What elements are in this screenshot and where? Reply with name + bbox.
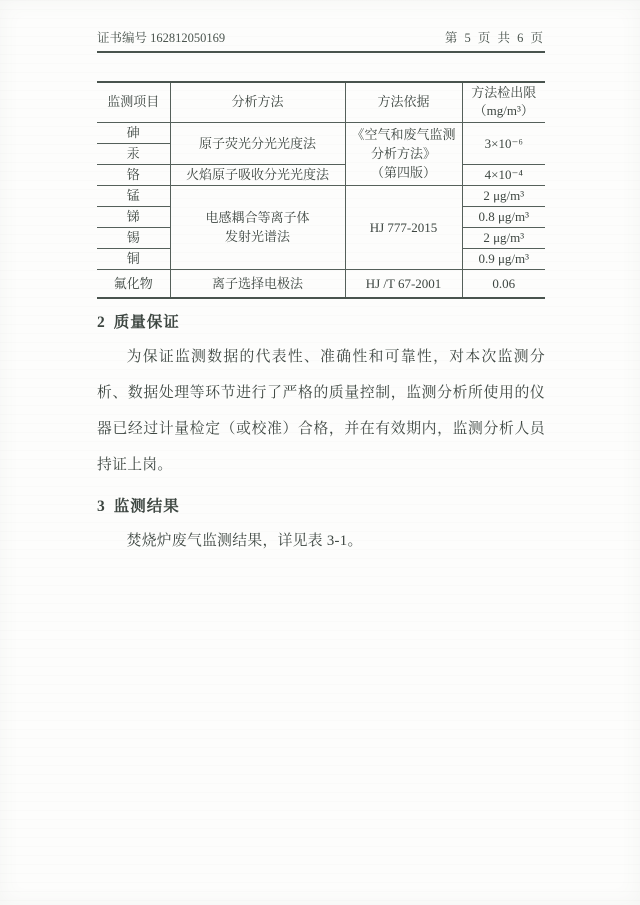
basis-cell: HJ /T 67-2001 — [345, 269, 462, 298]
certificate-number: 证书编号 162812050169 — [97, 28, 225, 46]
limit-cell: 2 μg/m³ — [462, 185, 545, 206]
method-cell: 电感耦合等离子体 发射光谱法 — [170, 185, 345, 269]
section-title: 监测结果 — [114, 494, 180, 516]
col-header-method: 分析方法 — [170, 82, 345, 122]
item-cell: 铜 — [97, 248, 170, 269]
limit-cell: 0.8 μg/m³ — [462, 206, 545, 227]
col-header-limit-line2: （mg/m³） — [465, 102, 544, 120]
method-cell: 火焰原子吸收分光光度法 — [170, 164, 345, 185]
item-cell: 汞 — [97, 143, 170, 164]
monitoring-method-table: 监测项目 分析方法 方法依据 方法检出限 （mg/m³） 砷 原子荧光分光光度法… — [97, 81, 545, 299]
basis-line2: 分析方法》 — [348, 144, 460, 163]
limit-cell: 0.06 — [462, 269, 545, 298]
limit-cell: 0.9 μg/m³ — [462, 248, 545, 269]
method-line2: 发射光谱法 — [173, 227, 343, 246]
section-number: 3 — [97, 498, 105, 516]
table-row-chromium: 铬 火焰原子吸收分光光度法 4×10⁻⁴ — [97, 164, 545, 185]
table-row-manganese: 锰 电感耦合等离子体 发射光谱法 HJ 777-2015 2 μg/m³ — [97, 185, 545, 206]
section-title: 质量保证 — [114, 310, 180, 332]
col-header-limit-line1: 方法检出限 — [465, 84, 544, 102]
basis-cell: HJ 777-2015 — [345, 185, 462, 269]
section-number: 2 — [97, 314, 105, 332]
item-cell: 铬 — [97, 164, 170, 185]
basis-line1: 《空气和废气监测 — [348, 125, 460, 144]
method-line1: 电感耦合等离子体 — [173, 208, 343, 227]
section-heading-monitoring-results: 3 监测结果 — [97, 494, 545, 516]
quality-assurance-paragraph: 为保证监测数据的代表性、准确性和可靠性，对本次监测分析、数据处理等环节进行了严格… — [97, 339, 545, 483]
basis-cell: 《空气和废气监测 分析方法》 （第四版） — [345, 122, 462, 185]
table-row-arsenic: 砷 原子荧光分光光度法 《空气和废气监测 分析方法》 （第四版） 3×10⁻⁶ — [97, 122, 545, 143]
section-heading-quality-assurance: 2 质量保证 — [97, 310, 545, 332]
table-header-row: 监测项目 分析方法 方法依据 方法检出限 （mg/m³） — [97, 82, 545, 122]
item-cell: 锰 — [97, 185, 170, 206]
page-indicator: 第 5 页 共 6 页 — [445, 28, 545, 46]
method-cell: 原子荧光分光光度法 — [170, 122, 345, 164]
limit-cell: 4×10⁻⁴ — [462, 164, 545, 185]
limit-cell: 2 μg/m³ — [462, 227, 545, 248]
col-header-basis: 方法依据 — [345, 82, 462, 122]
monitoring-results-paragraph: 焚烧炉废气监测结果，详见表 3-1。 — [97, 523, 545, 559]
item-cell: 锡 — [97, 227, 170, 248]
table-row-fluoride: 氟化物 离子选择电极法 HJ /T 67-2001 0.06 — [97, 269, 545, 298]
basis-line3: （第四版） — [348, 163, 460, 182]
limit-cell: 3×10⁻⁶ — [462, 122, 545, 164]
item-cell: 砷 — [97, 122, 170, 143]
item-cell: 锑 — [97, 206, 170, 227]
page-content: 证书编号 162812050169 第 5 页 共 6 页 监测项目 分析方法 … — [97, 28, 545, 559]
col-header-limit: 方法检出限 （mg/m³） — [462, 82, 545, 122]
method-cell: 离子选择电极法 — [170, 269, 345, 298]
page-header: 证书编号 162812050169 第 5 页 共 6 页 — [97, 28, 545, 53]
col-header-item: 监测项目 — [97, 82, 170, 122]
item-cell: 氟化物 — [97, 269, 170, 298]
